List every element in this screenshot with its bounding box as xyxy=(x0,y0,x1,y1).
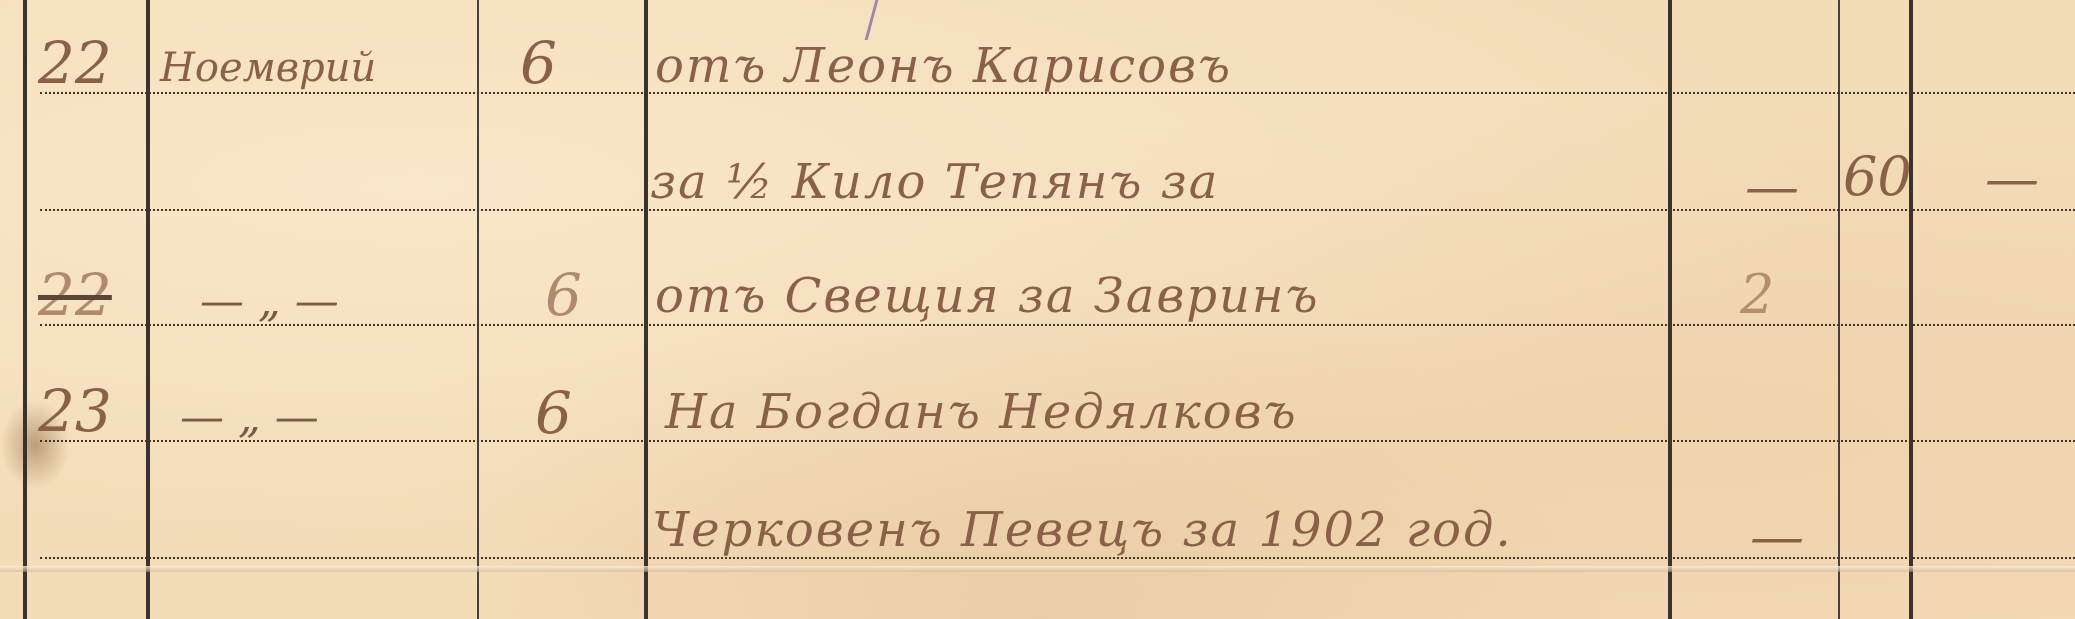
row-1-description: отъ Леонъ Карисовъ xyxy=(655,42,1232,90)
row-2-remarks: — xyxy=(1985,152,2039,206)
row-5-description: Черковенъ Певецъ за 1902 год. xyxy=(652,506,1513,554)
row-2-description: за ½ Кило Тепянъ за xyxy=(650,158,1219,206)
row-1-entry: 6 xyxy=(520,34,557,92)
row-4-entry: 6 xyxy=(535,384,572,442)
row-2-stotinki: 60 xyxy=(1843,150,1912,204)
row-2-leva: — xyxy=(1745,160,1799,214)
violet-pencil-mark xyxy=(865,0,879,40)
row-3-description: отъ Свещия за Завринъ xyxy=(655,272,1320,320)
row-1-day: 22 xyxy=(38,34,112,92)
row-1-month: Ноемврий xyxy=(160,48,376,88)
rule-left-border xyxy=(23,0,27,619)
row-5-leva: — xyxy=(1750,510,1804,564)
row-4-day: 23 xyxy=(38,382,112,440)
row-3-entry: 6 xyxy=(545,266,582,324)
row-rule-4 xyxy=(40,440,2075,442)
row-4-month-ditto: — „ — xyxy=(180,396,319,440)
row-3-leva: 2 xyxy=(1740,268,1774,322)
ledger-page: 22 Ноемврий 6 отъ Леонъ Карисовъ за ½ Ки… xyxy=(0,0,2075,619)
row-3-month-ditto: — „ — xyxy=(200,280,339,324)
row-4-description: На Богданъ Недялковъ xyxy=(665,388,1298,436)
row-3-day-struck: 22 xyxy=(38,266,112,324)
